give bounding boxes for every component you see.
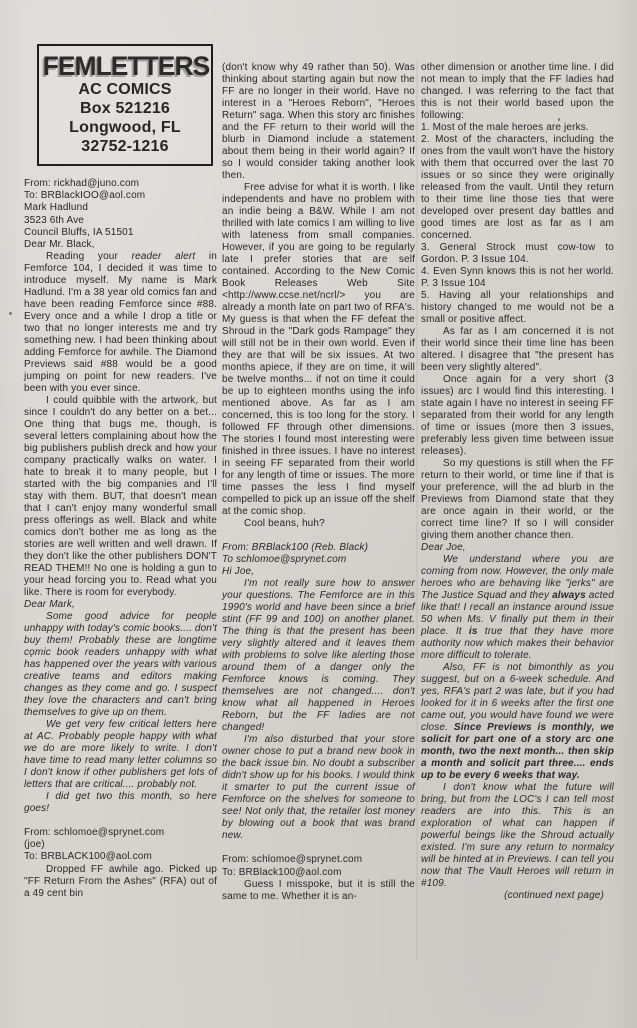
- email-header-line: (joe): [24, 839, 217, 851]
- editor-reply-paragraph: I'm also disturbed that your store owner…: [222, 734, 415, 842]
- salutation: Dear Mr. Black,: [24, 239, 217, 251]
- email-header-line: From: BRBlack100 (Reb. Black): [222, 542, 415, 554]
- email-header-line: From: schlomoe@sprynet.com: [222, 854, 415, 866]
- numbered-list-item: 2. Most of the characters, including the…: [421, 134, 614, 242]
- editor-reply-paragraph: I did get two this month, so here goes!: [24, 791, 217, 815]
- letter-paragraph: Dropped FF awhile ago. Picked up "FF Ret…: [24, 864, 217, 900]
- editor-reply-paragraph: I don't know what the future will bring,…: [421, 782, 614, 890]
- numbered-list-item: 4. Even Synn knows this is not her world…: [421, 266, 614, 290]
- editor-reply-paragraph: We understand where you are coming from …: [421, 554, 614, 662]
- letter-paragraph: Once again for a very short (3 issues) a…: [421, 374, 614, 458]
- letter-paragraph: So my questions is still when the FF ret…: [421, 458, 614, 542]
- email-header-line: To: BRBlack100@aol.com: [222, 867, 415, 879]
- editor-reply-paragraph: I'm not really sure how to answer your q…: [222, 578, 415, 734]
- salutation: Dear Mark,: [24, 599, 217, 611]
- email-header: From: rickhad@juno.com To: BRBlackIOO@ao…: [24, 178, 217, 239]
- email-header-line: Mark Hadlund: [24, 202, 217, 214]
- paragraph-text: Reading your: [46, 251, 132, 262]
- email-header: From: schlomoe@sprynet.com (joe) To: BRB…: [24, 827, 217, 864]
- bold-phrase: always: [552, 590, 586, 601]
- numbered-list-item: 3. General Strock must cow-tow to Gordon…: [421, 242, 614, 266]
- letter-paragraph: (don't know why 49 rather than 50). Was …: [222, 62, 415, 182]
- masthead-title: FEMLETTERS: [43, 52, 208, 80]
- letters-column-1: FEMLETTERS AC COMICS Box 521216 Longwood…: [24, 44, 217, 900]
- editor-reply-paragraph: Some good advice for people unhappy with…: [24, 611, 217, 719]
- continued-note: (continued next page): [421, 890, 614, 902]
- editor-reply-paragraph: Also, FF is not bimonthly as you suggest…: [421, 662, 614, 782]
- salutation: Dear Joe,: [421, 542, 614, 554]
- editor-reply-paragraph: We get very few critical letters here at…: [24, 719, 217, 791]
- scan-speck: [9, 312, 12, 315]
- email-header-line: To: BRBLACK100@aol.com: [24, 851, 217, 863]
- letter-paragraph: other dimension or another time line. I …: [421, 62, 614, 122]
- letters-column-2: (don't know why 49 rather than 50). Was …: [222, 62, 415, 903]
- email-header-line: Council Bluffs, IA 51501: [24, 227, 217, 239]
- salutation: Hi Joe,: [222, 566, 415, 578]
- paragraph-text: in Femforce 104, I decided it was time t…: [24, 251, 217, 394]
- letter-paragraph: I could quibble with the artwork, but si…: [24, 395, 217, 599]
- email-header: From: BRBlack100 (Reb. Black) To schlomo…: [222, 542, 415, 566]
- masthead-publisher: AC COMICS: [41, 80, 209, 99]
- letter-paragraph: Cool beans, huh?: [222, 518, 415, 530]
- letters-column-3: other dimension or another time line. I …: [421, 62, 614, 902]
- masthead-po-box: Box 521216: [41, 99, 209, 118]
- letter-paragraph: Reading your reader alert in Femforce 10…: [24, 251, 217, 395]
- bold-phrase: is: [469, 626, 478, 637]
- scan-crease: [416, 60, 418, 960]
- email-header-line: 3523 6th Ave: [24, 215, 217, 227]
- letter-paragraph: Guess I misspoke, but it is still the sa…: [222, 879, 415, 903]
- email-header: From: schlomoe@sprynet.com To: BRBlack10…: [222, 854, 415, 878]
- email-header-line: From: schlomoe@sprynet.com: [24, 827, 217, 839]
- masthead-city: Longwood, FL: [41, 118, 209, 137]
- numbered-list-item: 5. Having all your relationships and his…: [421, 290, 614, 326]
- email-header-line: To: BRBlackIOO@aol.com: [24, 190, 217, 202]
- letter-paragraph: As far as I am concerned it is not their…: [421, 326, 614, 374]
- letter-paragraph: Free advise for what it is worth. I like…: [222, 182, 415, 518]
- masthead-box: FEMLETTERS AC COMICS Box 521216 Longwood…: [37, 44, 213, 166]
- masthead-zip: 32752-1216: [41, 137, 209, 156]
- email-header-line: From: rickhad@juno.com: [24, 178, 217, 190]
- italic-phrase: reader alert: [132, 251, 196, 262]
- scanned-letters-page: FEMLETTERS AC COMICS Box 521216 Longwood…: [0, 0, 637, 1028]
- email-header-line: To schlomoe@sprynet.com: [222, 554, 415, 566]
- numbered-list-item: 1. Most of the male heroes are jerks.: [421, 122, 614, 134]
